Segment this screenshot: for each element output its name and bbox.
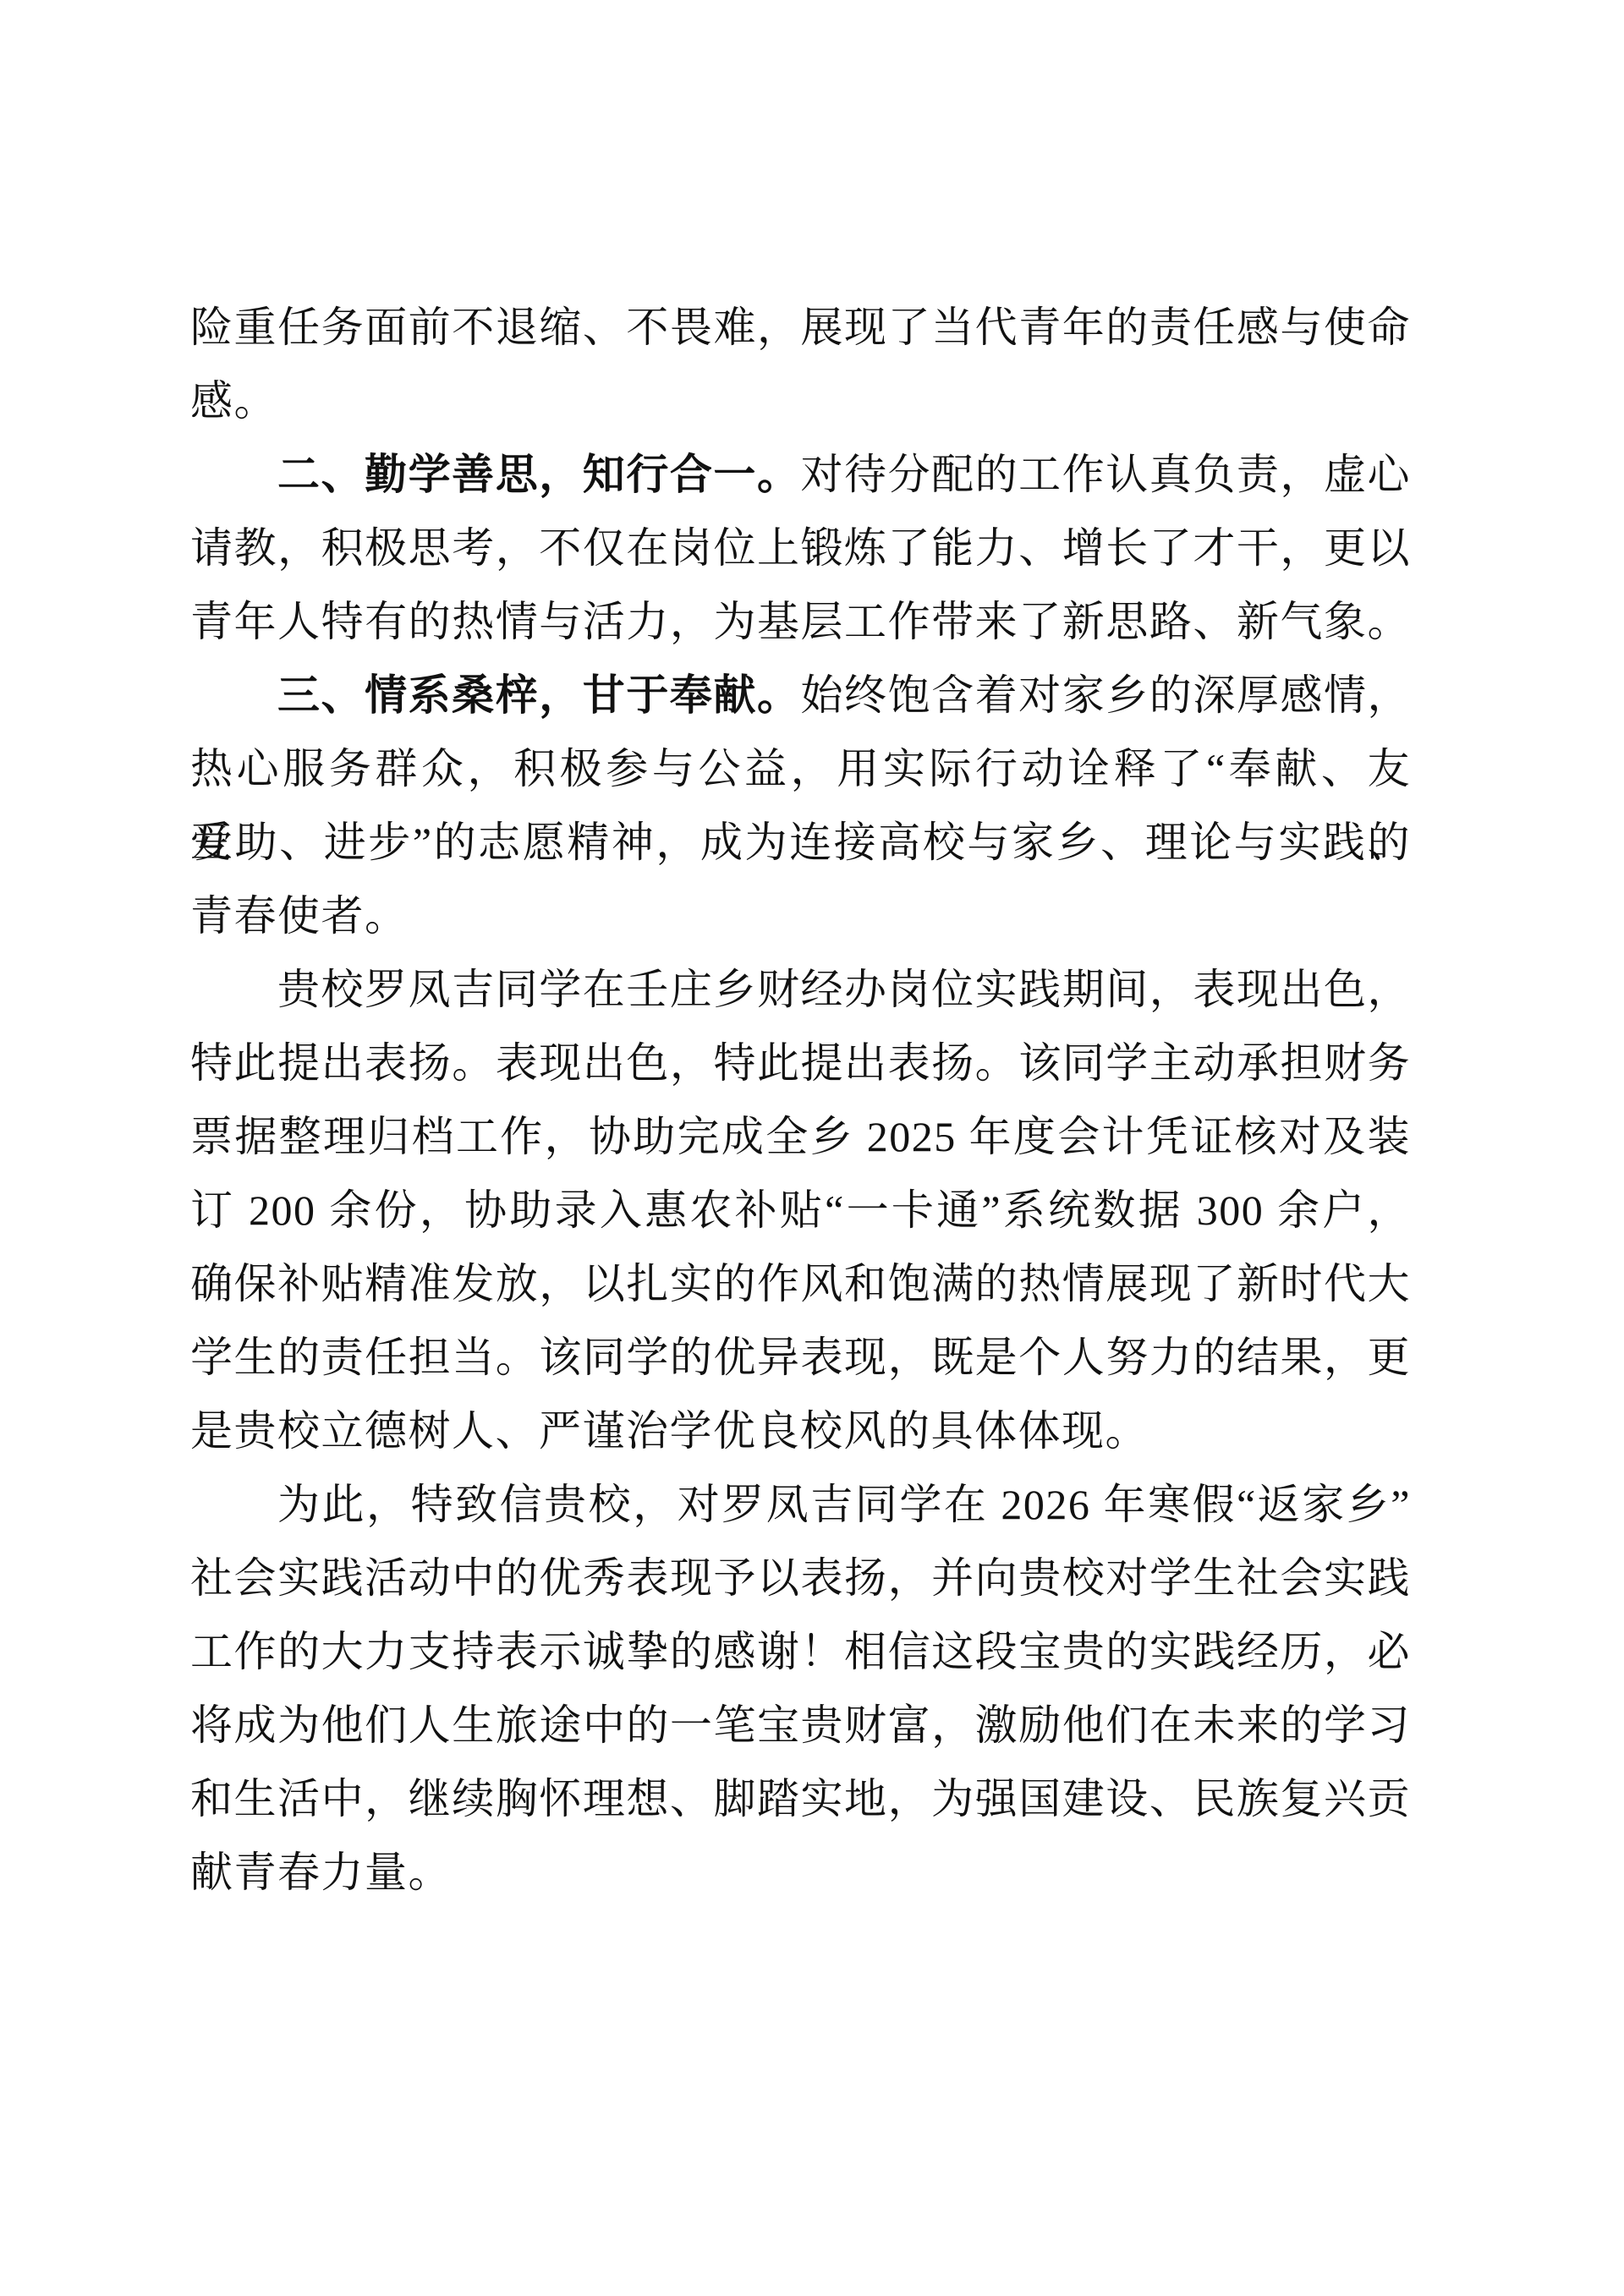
text-run: 始终饱含着对家乡的深厚感情，	[800, 671, 1411, 719]
text-line: 热心服务群众，积极参与公益，用实际行动诠释了“奉献、友爱、	[190, 732, 1411, 806]
text-line: 将成为他们人生旅途中的一笔宝贵财富，激励他们在未来的学习	[190, 1689, 1411, 1762]
text-line: 二、勤学善思，知行合一。对待分配的工作认真负责，虚心	[190, 438, 1411, 512]
letter-body: 险重任务面前不退缩、不畏难，展现了当代青年的责任感与使命 感。 二、勤学善思，知…	[190, 291, 1411, 1910]
text-line: 和生活中，继续胸怀理想、脚踏实地，为强国建设、民族复兴贡	[190, 1762, 1411, 1836]
text-line: 请教，积极思考，不仅在岗位上锻炼了能力、增长了才干，更以	[190, 512, 1411, 585]
section-heading-3: 三、情系桑梓，甘于奉献。	[277, 671, 800, 719]
text-line: 订 200 余份，协助录入惠农补贴“一卡通”系统数据 300 余户，	[190, 1174, 1411, 1247]
text-line: 社会实践活动中的优秀表现予以表扬，并向贵校对学生社会实践	[190, 1542, 1411, 1615]
text-line: 是贵校立德树人、严谨治学优良校风的具体体现。	[190, 1395, 1411, 1468]
text-line: 特此提出表扬。表现出色，特此提出表扬。该同学主动承担财务	[190, 1027, 1411, 1100]
text-line: 贵校罗凤吉同学在壬庄乡财经办岗位实践期间，表现出色，	[190, 953, 1411, 1027]
section-heading-2: 二、勤学善思，知行合一。	[277, 451, 800, 498]
text-line: 互助、进步”的志愿精神，成为连接高校与家乡、理论与实践的	[190, 806, 1411, 879]
text-line: 青春使者。	[190, 879, 1411, 953]
text-line: 确保补贴精准发放，以扎实的作风和饱满的热情展现了新时代大	[190, 1247, 1411, 1321]
text-line: 险重任务面前不退缩、不畏难，展现了当代青年的责任感与使命	[190, 291, 1411, 364]
text-line: 票据整理归档工作，协助完成全乡 2025 年度会计凭证核对及装	[190, 1100, 1411, 1174]
text-line: 献青春力量。	[190, 1836, 1411, 1910]
text-line: 为此，特致信贵校，对罗凤吉同学在 2026 年寒假“返家乡”	[190, 1468, 1411, 1542]
text-line: 工作的大力支持表示诚挚的感谢！相信这段宝贵的实践经历，必	[190, 1615, 1411, 1689]
text-line: 感。	[190, 364, 1411, 438]
text-line: 三、情系桑梓，甘于奉献。始终饱含着对家乡的深厚感情，	[190, 659, 1411, 732]
text-line: 青年人特有的热情与活力，为基层工作带来了新思路、新气象。	[190, 585, 1411, 659]
document-page: 险重任务面前不退缩、不畏难，展现了当代青年的责任感与使命 感。 二、勤学善思，知…	[0, 0, 1624, 2296]
text-run: 对待分配的工作认真负责，虚心	[800, 451, 1411, 498]
text-line: 学生的责任担当。该同学的优异表现，既是个人努力的结果，更	[190, 1321, 1411, 1395]
